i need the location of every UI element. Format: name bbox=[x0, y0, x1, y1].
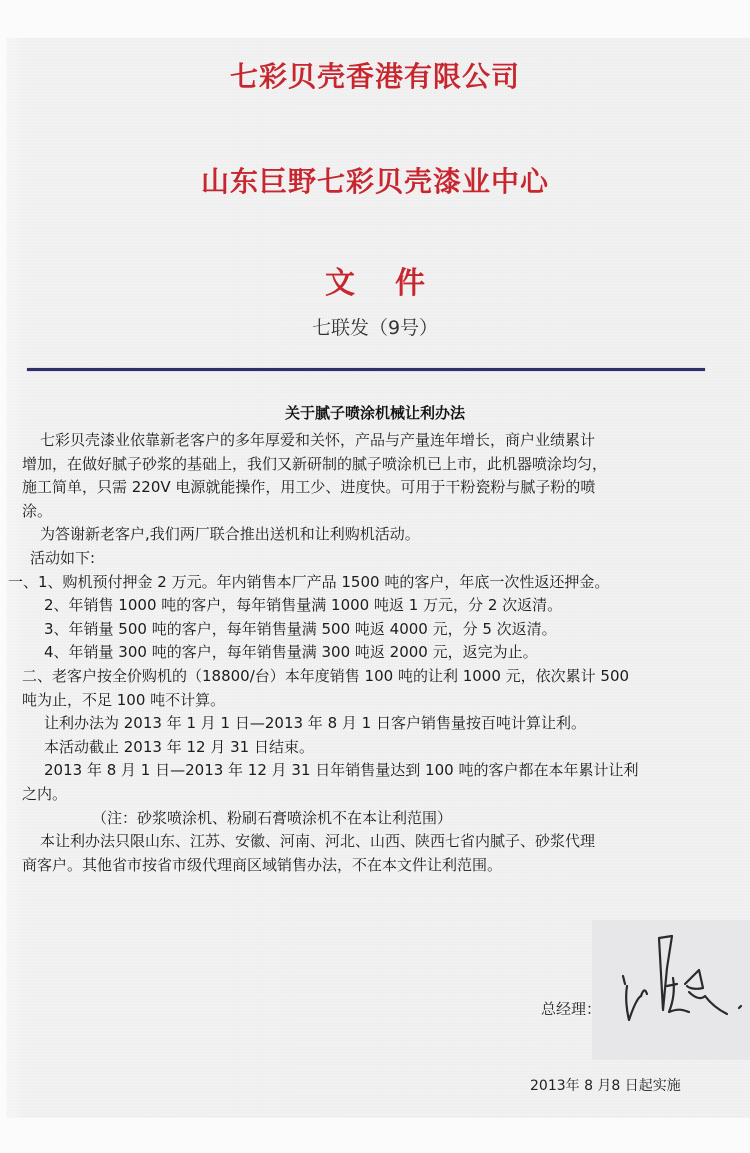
activity-item-4: 4、年销量 300 吨的客户，每年销售量满 300 吨返 2000 元，返完为止… bbox=[22, 641, 712, 665]
document-type-heading: 文件 bbox=[0, 258, 750, 302]
terms-line: 本活动截止 2013 年 12 月 31 日结束。 bbox=[22, 736, 712, 760]
activity-item-2: 2、年销售 1000 吨的客户，每年销售量满 1000 吨返 1 万元，分 2 … bbox=[22, 594, 712, 618]
section-2-line: 二、老客户按全价购机的（18800/台）本年度销售 100 吨的让利 1000 … bbox=[22, 665, 712, 689]
document-type-char-1: 文 bbox=[325, 258, 355, 302]
header-divider bbox=[27, 368, 705, 371]
signatory-label: 总经理： bbox=[541, 998, 601, 1019]
company-name-hk: 七彩贝壳香港有限公司 bbox=[0, 55, 750, 95]
document-number: 七联发（9号） bbox=[0, 313, 750, 340]
activity-item-3: 3、年销量 500 吨的客户，每年销售量满 500 吨返 4000 元，分 5 … bbox=[22, 618, 712, 642]
effective-date: 2013年 8 月8 日起实施 bbox=[530, 1075, 681, 1095]
document-type-char-2: 件 bbox=[395, 258, 425, 302]
scope-line: 本让利办法只限山东、江苏、安徽、河南、河北、山西、陕西七省内腻子、砂浆代理 bbox=[22, 830, 712, 854]
terms-line: 让利办法为 2013 年 1 月 1 日—2013 年 8 月 1 日客户销售量… bbox=[22, 712, 712, 736]
period-note-line: 2013 年 8 月 1 日—2013 年 12 月 31 日年销售量达到 10… bbox=[22, 759, 712, 783]
intro-line: 增加，在做好腻子砂浆的基础上，我们又新研制的腻子喷涂机已上市，此机器喷涂均匀， bbox=[22, 453, 712, 477]
document-body: 七彩贝壳漆业依靠新老客户的多年厚爱和关怀，产品与产量连年增长，商户业绩累计 增加… bbox=[22, 429, 712, 877]
exclusion-note: （注：砂浆喷涂机、粉刷石膏喷涂机不在本让利范围） bbox=[22, 807, 712, 831]
intro-line: 施工简单，只需 220V 电源就能操作，用工少、进度快。可用于干粉瓷粉与腻子粉的… bbox=[22, 476, 712, 500]
document-subject: 关于腻子喷涂机械让利办法 bbox=[0, 402, 750, 423]
company-name-shandong: 山东巨野七彩贝壳漆业中心 bbox=[0, 160, 750, 200]
handwritten-signature-icon bbox=[615, 928, 750, 1028]
section-2-line: 吨为止，不足 100 吨不计算。 bbox=[22, 689, 712, 713]
intro-line: 七彩贝壳漆业依靠新老客户的多年厚爱和关怀，产品与产量连年增长，商户业绩累计 bbox=[22, 429, 712, 453]
intro-line: 涂。 bbox=[22, 500, 712, 524]
activity-item-1: 一、1、购机预付押金 2 万元。年内销售本厂产品 1500 吨的客户，年底一次性… bbox=[8, 571, 712, 595]
scope-line: 商客户。其他省市按省市级代理商区域销售办法，不在本文件让利范围。 bbox=[22, 854, 712, 878]
period-note-line: 之内。 bbox=[22, 783, 712, 807]
activities-heading: 活动如下: bbox=[22, 547, 712, 571]
thanks-paragraph: 为答谢新老客户,我们两厂联合推出送机和让利购机活动。 bbox=[22, 523, 712, 547]
